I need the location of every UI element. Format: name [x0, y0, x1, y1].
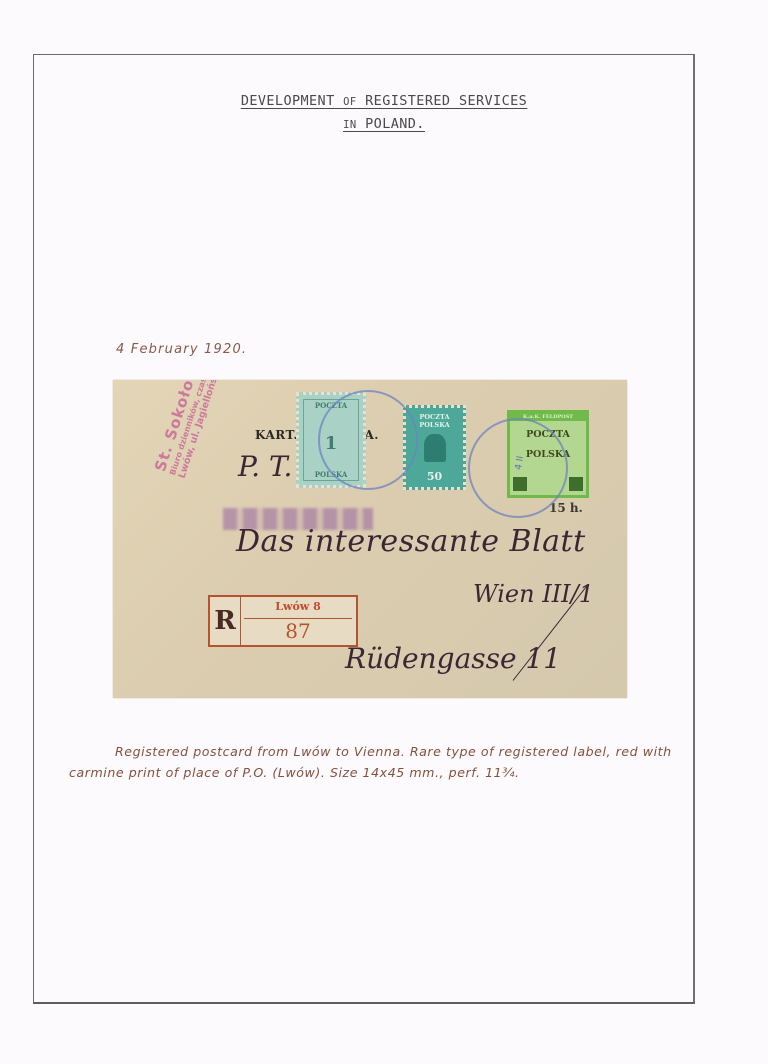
postmark-circle-icon: [318, 390, 418, 490]
title-word: IN: [343, 119, 356, 131]
registration-label: R Lwów 8 87: [208, 595, 358, 647]
title-word: REGISTERED SERVICES: [365, 93, 527, 109]
handwritten-city: Wien III/1: [473, 580, 594, 608]
overprint-bar-icon: [569, 477, 583, 491]
postcard-image: KART. NA. St. Sokołowski Biuro dziennikó…: [113, 380, 627, 698]
title-word: DEVELOPMENT: [241, 93, 335, 109]
handwritten-recipient: Das interessante Blatt: [236, 524, 586, 559]
registration-place: Lwów 8: [240, 600, 356, 613]
description-caption: Registered postcard from Lwów to Vienna.…: [69, 742, 679, 783]
handwritten-salutation: P. T.: [238, 450, 292, 483]
title-word: OF: [343, 96, 356, 108]
stamp-value: 50: [406, 470, 463, 483]
cover-date: 4 February 1920.: [116, 342, 247, 357]
eagle-icon: [424, 434, 446, 462]
card-header-left: KART.: [255, 428, 298, 442]
sender-cachet: St. Sokołowski Biuro dzienników, czasopi…: [151, 380, 249, 480]
registration-number: 87: [240, 619, 356, 643]
page-title-line-2: IN POLAND.: [0, 116, 768, 132]
page-title-line-1: DEVELOPMENT OF REGISTERED SERVICES: [0, 93, 768, 109]
caption-text: Registered postcard from Lwów to Vienna.…: [69, 744, 672, 780]
imprint-value: 15 h.: [549, 501, 583, 515]
title-word: POLAND.: [365, 116, 425, 132]
registration-letter: R: [210, 597, 241, 645]
